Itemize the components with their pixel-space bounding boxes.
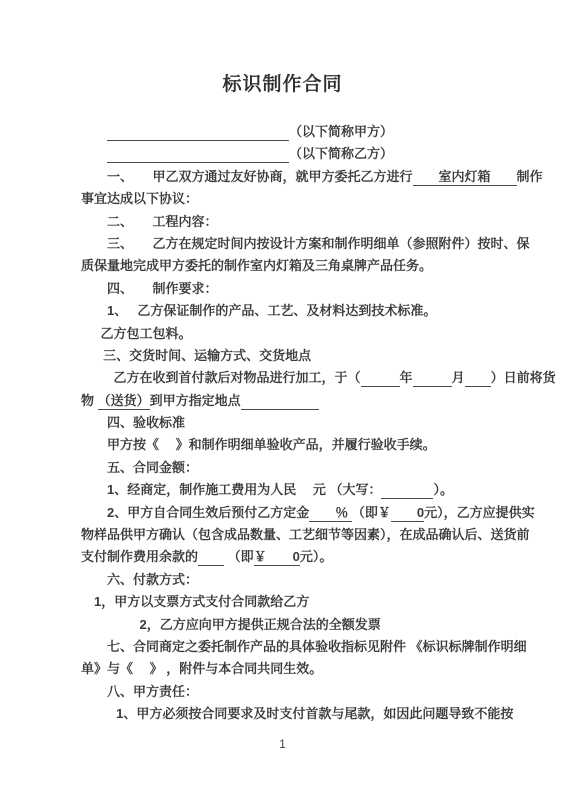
contract-line: 四、 制作要求： xyxy=(81,278,541,300)
text-segment: 六、付款方式： xyxy=(107,572,198,587)
text-segment: 二、 工程内容： xyxy=(107,214,218,229)
blank-underline xyxy=(465,370,491,387)
contract-line: 事宜达成以下协议： xyxy=(81,188,541,210)
contract-body: （以下简称甲方） （以下简称乙方）一、 甲乙双方通过友好协商，就甲方委托乙方进行… xyxy=(81,121,541,726)
document-title: 标识制作合同 xyxy=(0,69,565,96)
blank-underline: 室内灯箱 xyxy=(413,169,517,186)
blank-underline xyxy=(241,393,319,410)
contract-line: 支付制作费用余款的 （即￥ 0元）。 xyxy=(81,546,541,568)
contract-line: 1、 乙方保证制作的产品、工艺、及材料达到技术标准。 xyxy=(81,300,541,322)
blank-underline: 0 xyxy=(391,505,424,522)
text-segment: 八、甲方责任： xyxy=(107,684,198,699)
blank-underline: ￥ 0 xyxy=(254,549,300,566)
contract-line: 三、交货时间、运输方式、交货地点 xyxy=(81,345,541,367)
contract-line: 七、合同商定之委托制作产品的具体验收指标见附件 《标识标牌制作明细 xyxy=(81,636,541,658)
text-segment: 物 xyxy=(81,393,98,408)
text-segment: 物样品供甲方确认（包含成品数量、工艺细节等因素），在成品确认后、送货前 xyxy=(81,527,530,542)
text-segment: 年 xyxy=(400,370,413,385)
text-segment: （以下简称乙方） xyxy=(289,146,393,161)
text-segment: 四、 制作要求： xyxy=(107,281,218,296)
text-segment: （即￥ xyxy=(352,505,391,520)
text-segment: 乙方在收到首付款后对物品进行加工，于（ xyxy=(114,370,361,385)
contract-line: 四、验收标准 xyxy=(81,412,541,434)
text-segment: 元），乙方应提供实 xyxy=(424,505,535,520)
text-segment: 支付制作费用余款的 xyxy=(81,549,198,564)
text-segment: 制作 xyxy=(517,169,543,184)
text-segment: 事宜达成以下协议： xyxy=(81,191,198,206)
contract-line: （以下简称甲方） xyxy=(81,121,541,143)
text-segment: 月 xyxy=(452,370,465,385)
contract-line: （以下简称乙方） xyxy=(81,143,541,165)
text-segment: 质保量地完成甲方委托的制作室内灯箱及三角桌牌产品任务。 xyxy=(81,258,432,273)
text-segment: 2，乙方应向甲方提供正规合法的全额发票 xyxy=(140,617,381,632)
contract-line: 甲方按《 》和制作明细单验收产品，并履行验收手续。 xyxy=(81,434,541,456)
text-segment: 四、验收标准 xyxy=(107,415,185,430)
text-segment: 一、 甲乙双方通过友好协商，就甲方委托乙方进行 xyxy=(107,169,413,184)
contract-line: 单》与《 》 ，附件与本合同共同生效。 xyxy=(81,658,541,680)
contract-line: 八、甲方责任： xyxy=(81,681,541,703)
text-segment: 2、甲方自合同生效后预付乙方定金 xyxy=(107,505,309,520)
contract-line: 乙方在收到首付款后对物品进行加工，于（ 年 月 ）日前将货 xyxy=(81,367,541,389)
text-segment: （以下简称甲方） xyxy=(289,124,393,139)
blank-underline xyxy=(413,370,452,387)
contract-line: 2、甲方自合同生效后预付乙方定金 ％ （即￥ 0元），乙方应提供实 xyxy=(81,502,541,524)
text-segment: 1、 乙方保证制作的产品、工艺、及材料达到技术标准。 xyxy=(107,303,436,318)
contract-line: 1、经商定，制作施工费用为人民 元 （大写： ）。 xyxy=(81,479,541,501)
text-segment: 单》与《 》 ，附件与本合同共同生效。 xyxy=(81,661,322,676)
blank-underline xyxy=(107,146,289,163)
blank-underline xyxy=(198,549,224,566)
contract-line: 一、 甲乙双方通过友好协商，就甲方委托乙方进行 室内灯箱 制作 xyxy=(81,166,541,188)
text-segment: ）。 xyxy=(433,482,453,497)
contract-line: 1、甲方必须按合同要求及时支付首款与尾款，如因此问题导致不能按 xyxy=(81,703,541,725)
contract-page: 标识制作合同 （以下简称甲方） （以下简称乙方）一、 甲乙双方通过友好协商，就甲… xyxy=(0,0,565,800)
text-segment: 甲方按《 》和制作明细单验收产品，并履行验收手续。 xyxy=(107,437,436,452)
contract-line: 六、付款方式： xyxy=(81,569,541,591)
contract-line: 三、 乙方在规定时间内按设计方案和制作明细单（参照附件）按时、保 xyxy=(81,233,541,255)
blank-underline: （送货） xyxy=(98,393,150,410)
text-segment: 五、合同金额： xyxy=(107,460,198,475)
contract-line: 物 （送货）到甲方指定地点 xyxy=(81,390,541,412)
blank-underline xyxy=(361,370,400,387)
blank-underline: ％ xyxy=(309,505,352,522)
blank-underline xyxy=(381,482,433,499)
text-segment: ）日前将货 xyxy=(491,370,556,385)
text-segment: 乙方包工包料。 xyxy=(101,326,192,341)
text-segment: 1、甲方必须按合同要求及时支付首款与尾款，如因此问题导致不能按 xyxy=(116,706,513,721)
contract-line: 五、合同金额： xyxy=(81,457,541,479)
text-segment: 1，甲方以支票方式支付合同款给乙方 xyxy=(94,594,309,609)
contract-line: 质保量地完成甲方委托的制作室内灯箱及三角桌牌产品任务。 xyxy=(81,255,541,277)
contract-line: 1，甲方以支票方式支付合同款给乙方 xyxy=(81,591,541,613)
contract-line: 物样品供甲方确认（包含成品数量、工艺细节等因素），在成品确认后、送货前 xyxy=(81,524,541,546)
text-segment: 1、经商定，制作施工费用为人民 元 （大写： xyxy=(107,482,381,497)
text-segment: 三、 乙方在规定时间内按设计方案和制作明细单（参照附件）按时、保 xyxy=(107,236,530,251)
text-segment: 七、合同商定之委托制作产品的具体验收指标见附件 《标识标牌制作明细 xyxy=(107,639,527,654)
contract-line: 二、 工程内容： xyxy=(81,211,541,233)
page-number: 1 xyxy=(0,737,565,751)
text-segment: （即 xyxy=(224,549,254,564)
text-segment: 到甲方指定地点 xyxy=(150,393,241,408)
text-segment: 三、交货时间、运输方式、交货地点 xyxy=(103,348,311,363)
contract-line: 2，乙方应向甲方提供正规合法的全额发票 xyxy=(81,614,541,636)
blank-underline xyxy=(107,124,289,141)
contract-line: 乙方包工包料。 xyxy=(81,323,541,345)
text-segment: 元）。 xyxy=(300,549,333,564)
